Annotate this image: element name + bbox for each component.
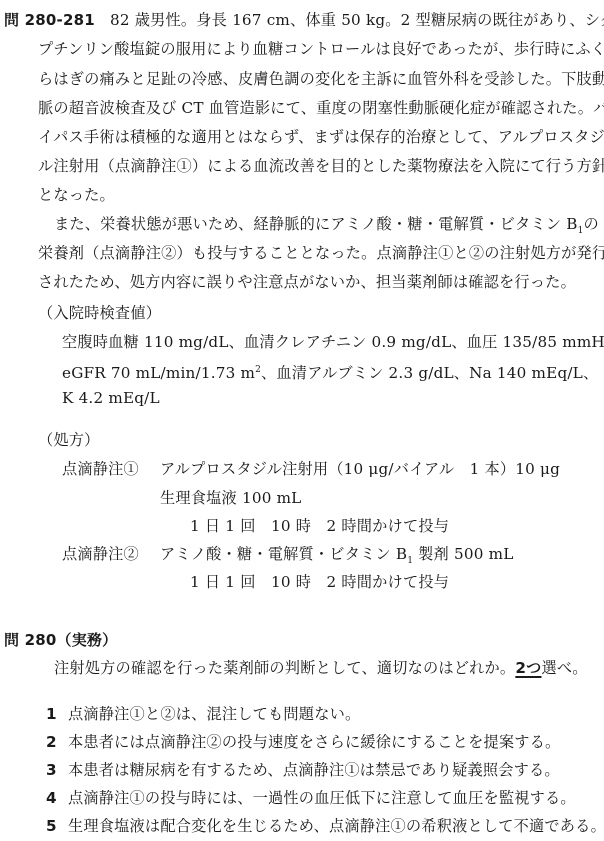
case-text: 82 歳男性。身長 167 cm、体重 50 kg。2 型糖尿病の既往があり、シ… <box>110 11 604 29</box>
option-1[interactable]: 1点滴静注①と②は、混注しても問題ない。 <box>46 704 360 724</box>
emphasis-count: 2つ <box>515 659 541 677</box>
option-2[interactable]: 2本患者には点滴静注②の投与速度をさらに緩徐にすることを提案する。 <box>46 732 560 752</box>
labs-line: 空腹時血糖 110 mg/dL、血清クレアチニン 0.9 mg/dL、血圧 13… <box>62 332 604 352</box>
case-text: の <box>584 215 599 233</box>
case-text-line: らはぎの痛みと足趾の冷感、皮膚色調の変化を主訴に血管外科を受診した。下肢動 <box>38 69 604 89</box>
case-text-line: ル注射用（点滴静注①）による血流改善を目的とした薬物療法を入院にて行う方針 <box>38 156 604 176</box>
drip1-label: 点滴静注① <box>62 459 139 479</box>
option-text: 本患者は糖尿病を有するため、点滴静注①は禁忌であり疑義照会する。 <box>68 761 560 779</box>
prompt-tail: 選べ。 <box>541 659 587 677</box>
labs-line: eGFR 70 mL/min/1.73 m2、血清アルブミン 2.3 g/dL、… <box>62 360 598 383</box>
drip1-schedule: 1 日 1 回 10 時 2 時間かけて投与 <box>190 516 449 536</box>
case-text-line: されたため、処方内容に誤りや注意点がないか、担当薬剤師は確認を行った。 <box>38 272 576 292</box>
labs-text: 、血清アルブミン 2.3 g/dL、Na 140 mEq/L、 <box>261 364 598 382</box>
case-label: 問 280-281 <box>4 11 95 29</box>
drip2-text: アミノ酸・糖・電解質・ビタミン B <box>160 545 407 563</box>
option-number: 2 <box>46 732 68 752</box>
labs-line: K 4.2 mEq/L <box>62 388 160 408</box>
drip2-schedule: 1 日 1 回 10 時 2 時間かけて投与 <box>190 572 449 592</box>
case-text: また、栄養状態が悪いため、経静脈的にアミノ酸・糖・電解質・ビタミン B <box>54 215 578 233</box>
option-text: 点滴静注①と②は、混注しても問題ない。 <box>68 705 360 723</box>
question-label: 問 280（実務） <box>4 630 117 650</box>
option-4[interactable]: 4点滴静注①の投与時には、一過性の血圧低下に注意して血圧を監視する。 <box>46 788 576 808</box>
drip2-drug: アミノ酸・糖・電解質・ビタミン B1 製剤 500 mL <box>160 544 513 571</box>
option-number: 1 <box>46 704 68 724</box>
prompt-text: 注射処方の確認を行った薬剤師の判断として、適切なのはどれか。 <box>54 659 515 677</box>
drip1-diluent: 生理食塩液 100 mL <box>160 488 301 508</box>
option-number: 5 <box>46 816 68 836</box>
option-3[interactable]: 3本患者は糖尿病を有するため、点滴静注①は禁忌であり疑義照会する。 <box>46 760 560 780</box>
option-5[interactable]: 5生理食塩液は配合変化を生じるため、点滴静注①の希釈液として不適である。 <box>46 816 604 836</box>
labs-text: eGFR 70 mL/min/1.73 m <box>62 364 255 382</box>
drip2-text: 製剤 500 mL <box>413 545 513 563</box>
option-number: 4 <box>46 788 68 808</box>
drip1-drug: アルプロスタジル注射用（10 μg/バイアル 1 本）10 μg <box>160 459 560 479</box>
case-text-line: 脈の超音波検査及び CT 血管造影にて、重度の閉塞性動脈硬化症が確認された。バ <box>38 98 604 118</box>
option-text: 点滴静注①の投与時には、一過性の血圧低下に注意して血圧を監視する。 <box>68 789 576 807</box>
case-text-line: プチンリン酸塩錠の服用により血糖コントロールは良好であったが、歩行時にふく <box>38 39 604 59</box>
prescription-heading: （処方） <box>38 430 100 450</box>
option-number: 3 <box>46 760 68 780</box>
option-text: 生理食塩液は配合変化を生じるため、点滴静注①の希釈液として不適である。 <box>68 817 604 835</box>
drip2-label: 点滴静注② <box>62 544 139 564</box>
labs-heading: （入院時検査値） <box>38 303 161 323</box>
case-text-line: 栄養剤（点滴静注②）も投与することとなった。点滴静注①と②の注射処方が発行 <box>38 243 604 263</box>
case-text-line: となった。 <box>38 185 115 205</box>
case-first-line: 問 280-281 82 歳男性。身長 167 cm、体重 50 kg。2 型糖… <box>4 10 604 30</box>
case-text-line: イパス手術は積極的な適用とはならず、まずは保存的治療として、アルプロスタジ <box>38 127 604 147</box>
case-text-line: また、栄養状態が悪いため、経静脈的にアミノ酸・糖・電解質・ビタミン B1の <box>54 214 599 241</box>
question-prompt: 注射処方の確認を行った薬剤師の判断として、適切なのはどれか。2つ選べ。 <box>54 658 588 678</box>
option-text: 本患者には点滴静注②の投与速度をさらに緩徐にすることを提案する。 <box>68 733 560 751</box>
